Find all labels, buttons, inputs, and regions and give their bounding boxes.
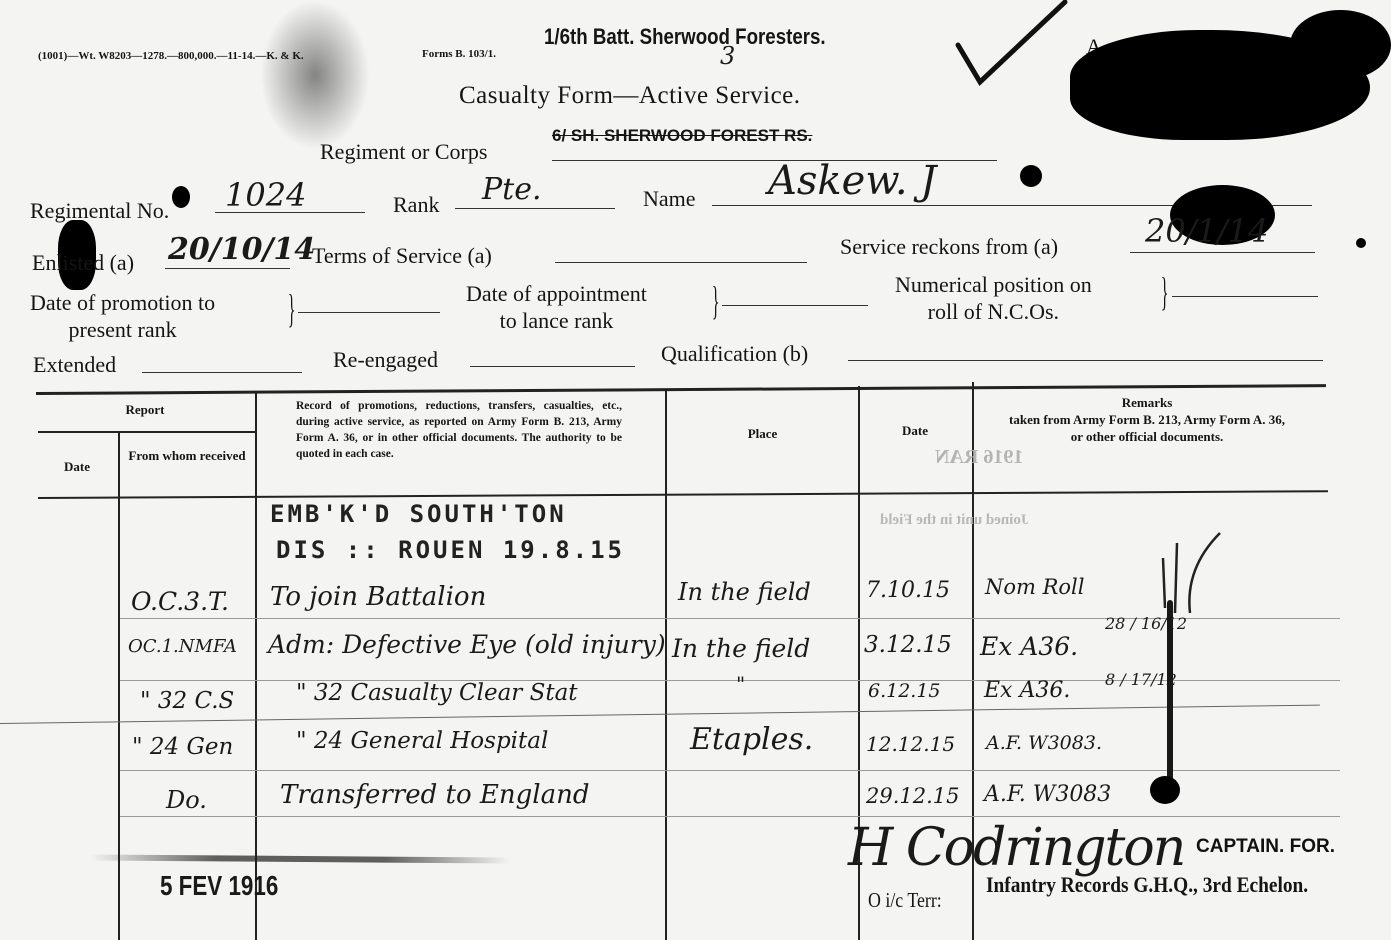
regimental-no-field-line [215,212,365,213]
row-date: 3.12.15 [864,632,952,658]
row-from: OC.1.NMFA [128,636,237,657]
print-code: (1001)—Wt. W8203—1278.—800,000.—11-14.—K… [38,50,304,62]
checkmark-icon [950,0,1070,95]
column-divider [118,432,120,940]
remarks-header: Remarks taken from Army Form B. 213, Arm… [1002,394,1292,445]
form-number: Forms B. 103/1. [422,48,496,60]
remarks-header-text: taken from Army Form B. 213, Army Form A… [1002,411,1292,445]
regimental-no-value: 1024 [225,176,306,214]
reckons-field-line [1130,252,1315,253]
row-from: " 24 Gen [132,734,233,760]
captain-label: CAPTAIN. FOR. [1196,836,1335,858]
ink-blot [172,186,190,208]
row-place: Etaples. [690,722,813,757]
regimental-no-label: Regimental No. [30,198,169,224]
enlisted-value: 20/10/14 [168,232,315,267]
ncos-label: Numerical position on roll of N.C.Os. [895,271,1092,325]
brace: } [288,285,296,332]
report-header: Report [40,402,250,418]
row-record: " 32 Casualty Clear Stat [296,680,578,706]
row-rule [120,770,1340,771]
row-place: " [736,672,745,696]
ink-smudge [260,0,370,150]
extended-field-line [142,372,302,373]
records-office: Infantry Records G.H.Q., 3rd Echelon. [986,872,1308,898]
promotion-label-line-2: present rank [30,316,215,343]
tick-marks-icon [1155,528,1225,618]
bleed-through-stamp: 1916 RAN [935,446,1023,469]
name-label: Name [643,186,696,212]
row-record: Transferred to England [280,780,589,810]
regiment-value: 6/ SH. SHERWOOD FOREST RS. [552,126,812,146]
regiment-label: Regiment or Corps [320,139,487,165]
qualification-field-line [848,360,1323,361]
rank-label: Rank [393,192,439,218]
bleed-through-text: Joined unit in the Field [880,512,1028,529]
rank-value: Pte. [482,172,542,207]
enlisted-label: Enlisted (a) [32,250,134,276]
enlisted-field-line [165,268,290,269]
row-date: 12.12.15 [866,732,955,756]
row-remarks: Ex A36. [984,678,1070,703]
ink-blot [1290,10,1391,80]
appointment-label-line-2: to lance rank [466,307,647,334]
stamp-smear [90,855,510,864]
terms-field-line [555,262,807,263]
row-date: 6.12.15 [868,680,941,702]
row-from: O.C.3.T. [131,587,229,616]
form-title: Casualty Form—Active Service. [459,82,801,110]
row-remarks: Nom Roll [985,575,1085,599]
promotion-label: Date of promotion to present rank [30,289,215,343]
row-remarks: A.F. W3083. [986,732,1102,754]
row-from: Do. [166,786,207,814]
reckons-label: Service reckons from (a) [840,234,1058,260]
row-date: 7.10.15 [866,578,950,603]
promotion-label-line-1: Date of promotion to [30,289,215,316]
battalion-stamp: 1/6th Batt. Sherwood Foresters. [544,24,826,50]
date2-header: Date [862,423,968,439]
row-place: In the field [678,578,811,606]
ink-dot [1356,238,1366,248]
officer-signature: H Codrington [848,818,1184,878]
reckons-value: 20/1/14 [1145,212,1268,250]
brace: } [712,277,720,324]
ink-blot [1150,776,1180,804]
row-remarks: A.F. W3083 [984,782,1111,807]
row-record: To join Battalion [270,582,486,612]
date-header: Date [40,459,114,475]
column-divider [665,390,667,940]
row-date: 29.12.15 [866,784,960,808]
row-rule [120,816,1340,817]
handwritten-number: 3 [720,42,735,70]
row-record: " 24 General Hospital [296,728,548,754]
terms-label: Terms of Service (a) [312,243,492,269]
brace: } [1161,268,1169,315]
reengaged-field-line [470,366,635,367]
row-record: Adm: Defective Eye (old injury) [268,630,666,659]
qualification-label: Qualification (b) [661,341,808,367]
margin-bracket [1167,600,1173,780]
appointment-field-line [722,305,868,306]
header-bottom-border [38,490,1328,499]
record-header: Record of promotions, reductions, transf… [296,398,622,462]
appointment-label-line-1: Date of appointment [466,280,647,307]
row-remarks: Ex A36. [980,632,1078,661]
extended-label: Extended [33,352,116,378]
received-date-stamp: 5 FEV 1916 [160,870,278,902]
remarks-header-title: Remarks [1002,394,1292,411]
row-place: In the field [672,634,810,663]
report-divider [38,431,256,433]
from-whom-header: From whom received [124,448,250,464]
rank-field-line [455,208,615,209]
reengaged-label: Re-engaged [333,347,438,373]
embarkation-stamp-line-2: DIS :: ROUEN 19.8.15 [276,536,625,564]
ink-blot [1020,165,1042,187]
office-label: O i/c Terr: [868,888,942,913]
ncos-label-line-2: roll of N.C.Os. [895,298,1092,325]
name-value: Askew. J [768,158,936,204]
place-header: Place [670,426,855,442]
embarkation-stamp-line-1: EMB'K'D SOUTH'TON [270,500,567,528]
appointment-label: Date of appointment to lance rank [466,280,647,334]
row-from: " 32 C.S [140,688,234,714]
ncos-field-line [1172,296,1318,297]
promotion-field-line [298,312,440,313]
ncos-label-line-1: Numerical position on [895,271,1092,298]
